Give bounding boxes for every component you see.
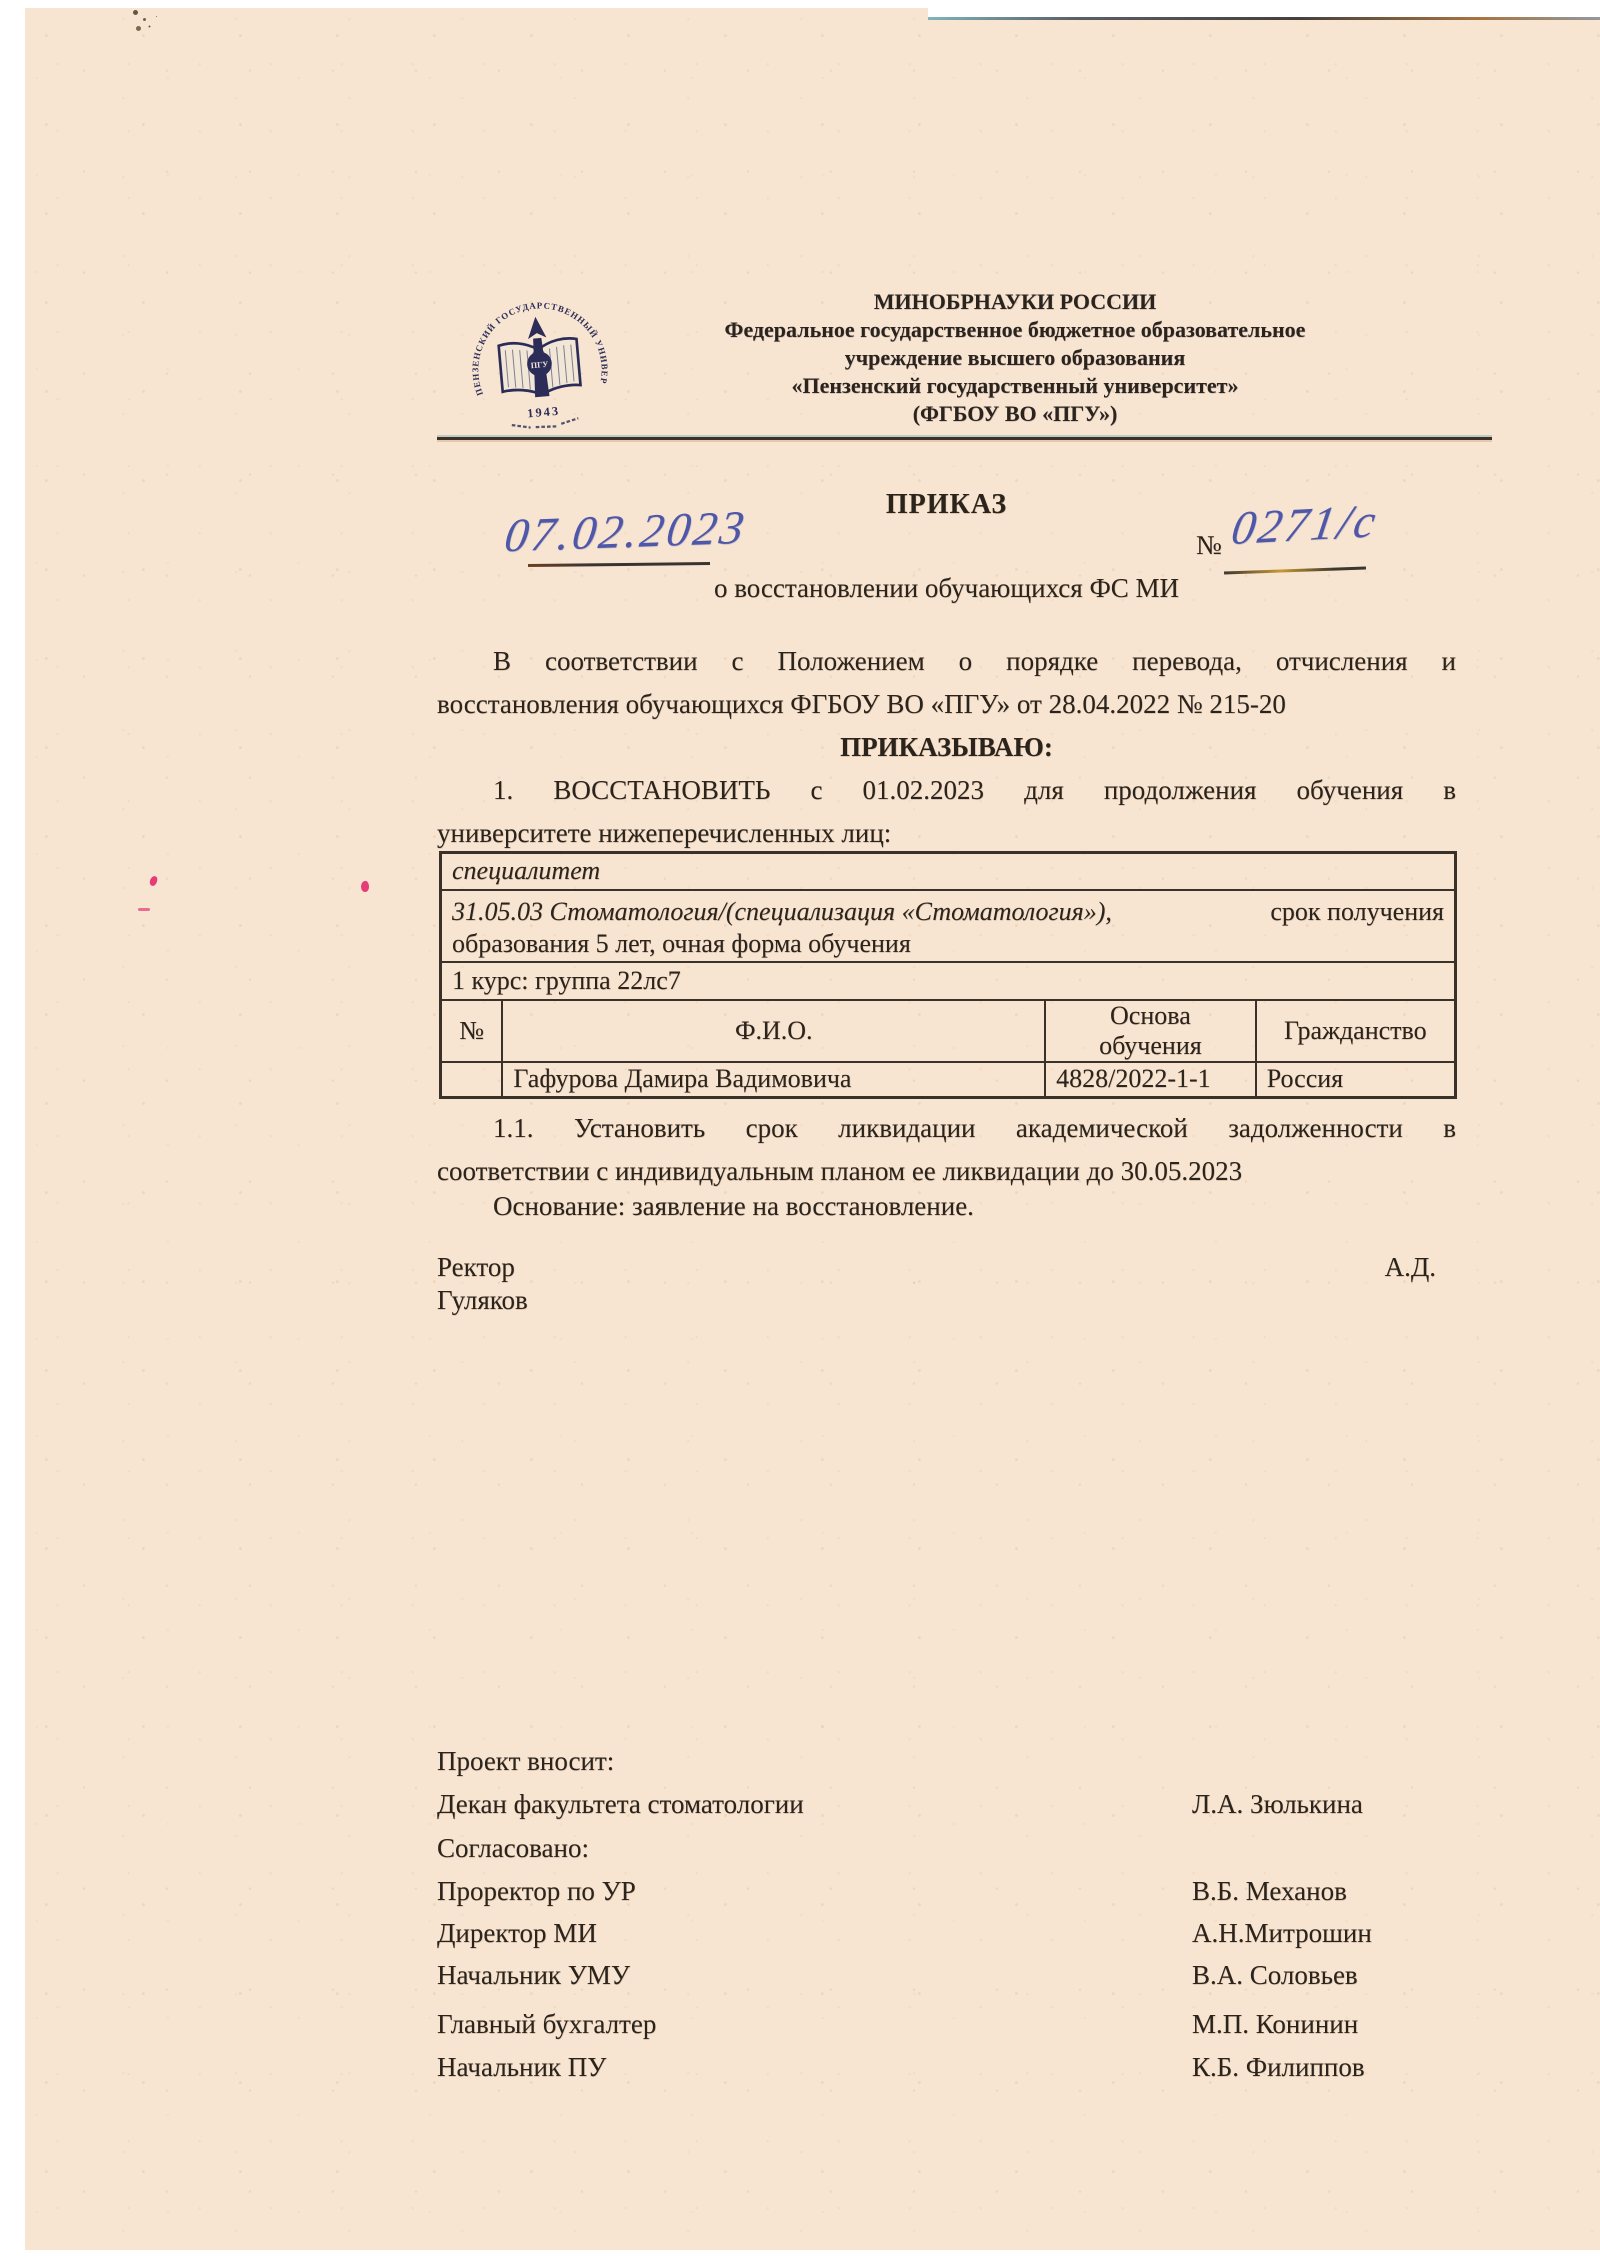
emblem-motto-dashes <box>512 418 579 430</box>
clause-1-1-line: 1.1. Установить срок ликвидации академич… <box>437 1107 1456 1150</box>
signoff-title: Декан факультета стоматологии <box>437 1783 1192 1826</box>
cell-citizenship: Россия <box>1256 1062 1456 1098</box>
cell-fio: Гафурова Дамира Вадимовича <box>502 1062 1045 1098</box>
university-emblem-logo: ПЕНЗЕНСКИЙ ГОСУДАРСТВЕННЫЙ УНИВЕРСИТЕТ П… <box>460 290 620 450</box>
cell-number <box>441 1062 503 1098</box>
letterhead-rule <box>437 437 1492 440</box>
signoff-name: Л.А. Зюлькина <box>1192 1783 1456 1826</box>
table-header-row: № Ф.И.О. Основа обучения Гражданство <box>441 1000 1456 1062</box>
org-line: Федеральное государственное бюджетное об… <box>610 316 1420 344</box>
signoff-row: Главный бухгалтер М.П. Конинин <box>437 2003 1456 2046</box>
signoff-name: В.Б. Механов <box>1192 1870 1456 1913</box>
col-header-number: № <box>441 1000 503 1062</box>
table-row: 31.05.03 Стоматология/(специализация «Ст… <box>441 890 1456 962</box>
emblem-abbr: ПГУ <box>530 360 548 371</box>
pink-ink-dash <box>138 908 150 911</box>
signoff-title: Проректор по УР <box>437 1870 1192 1913</box>
course-group-cell: 1 курс: группа 22лс7 <box>441 962 1456 1000</box>
org-line: учреждение высшего образования <box>610 344 1420 372</box>
letterhead: МИНОБРНАУКИ РОССИИ Федеральное государст… <box>610 288 1420 428</box>
signoff-row: Директор МИ А.Н.Митрошин <box>437 1912 1456 1955</box>
signoff-title: Директор МИ <box>437 1912 1192 1955</box>
signoff-row: Начальник ПУ К.Б. Филиппов <box>437 2046 1456 2089</box>
program-duration-rest: образования 5 лет, очная форма обучения <box>452 928 1444 959</box>
signoff-title: Главный бухгалтер <box>437 2003 1192 2046</box>
handwritten-date: 07.02.2023 <box>501 501 750 564</box>
col-header-citizenship: Гражданство <box>1256 1000 1456 1062</box>
number-label: № <box>1196 524 1222 567</box>
col-header-basis: Основа обучения <box>1045 1000 1256 1062</box>
table-row: специалитет <box>441 853 1456 890</box>
program-code-name: 31.05.03 Стоматология/(специализация «Ст… <box>452 895 1112 928</box>
decree-word: ПРИКАЗЫВАЮ: <box>437 726 1456 769</box>
signoff-row: Проректор по УР В.Б. Механов <box>437 1870 1456 1913</box>
students-table: специалитет 31.05.03 Стоматология/(специ… <box>439 851 1457 1099</box>
table-row: Гафурова Дамира Вадимовича 4828/2022-1-1… <box>441 1062 1456 1098</box>
clause-1-line: 1. ВОССТАНОВИТЬ с 01.02.2023 для продолж… <box>437 769 1456 812</box>
org-line: «Пензенский государственный университет» <box>610 372 1420 400</box>
signoff-title: Начальник ПУ <box>437 2046 1192 2089</box>
ministry-line: МИНОБРНАУКИ РОССИИ <box>610 288 1420 316</box>
preamble-line: восстановления обучающихся ФГБОУ ВО «ПГУ… <box>437 683 1456 726</box>
emblem-year: 1943 <box>527 404 561 421</box>
program-duration-head: срок получения <box>1270 895 1444 928</box>
program-cell: 31.05.03 Стоматология/(специализация «Ст… <box>441 890 1456 962</box>
signoff-name: А.Н.Митрошин <box>1192 1912 1456 1955</box>
program-level-cell: специалитет <box>441 853 1456 890</box>
cell-basis: 4828/2022-1-1 <box>1045 1062 1256 1098</box>
table-row: 1 курс: группа 22лс7 <box>441 962 1456 1000</box>
project-label: Проект вносит: <box>437 1740 1456 1783</box>
basis-line: Основание: заявление на восстановление. <box>437 1185 1456 1228</box>
ink-smudge <box>133 10 138 15</box>
col-header-fio: Ф.И.О. <box>502 1000 1045 1062</box>
preamble-line: В соответствии с Положением о порядке пе… <box>437 640 1456 683</box>
order-subject: о восстановлении обучающихся ФС МИ <box>437 567 1456 610</box>
signoff-row: Декан факультета стоматологии Л.А. Зюльк… <box>437 1783 1456 1826</box>
org-line: (ФГБОУ ВО «ПГУ») <box>610 400 1420 428</box>
signoff-name: М.П. Конинин <box>1192 2003 1456 2046</box>
agreed-label: Согласовано: <box>437 1827 1456 1870</box>
signoff-name: В.А. Соловьев <box>1192 1954 1456 1997</box>
signoff-name: К.Б. Филиппов <box>1192 2046 1456 2089</box>
signoff-row: Начальник УМУ В.А. Соловьев <box>437 1954 1456 1997</box>
scan-edge-line <box>928 17 1600 20</box>
signoff-title: Начальник УМУ <box>437 1954 1192 1997</box>
handwritten-number: 0271/с <box>1228 494 1382 556</box>
rector-surname: Гуляков <box>437 1280 1456 1320</box>
scanned-order-document: ПЕНЗЕНСКИЙ ГОСУДАРСТВЕННЫЙ УНИВЕРСИТЕТ П… <box>0 0 1600 2263</box>
clause-1-line: университете нижеперечисленных лиц: <box>437 812 1456 855</box>
